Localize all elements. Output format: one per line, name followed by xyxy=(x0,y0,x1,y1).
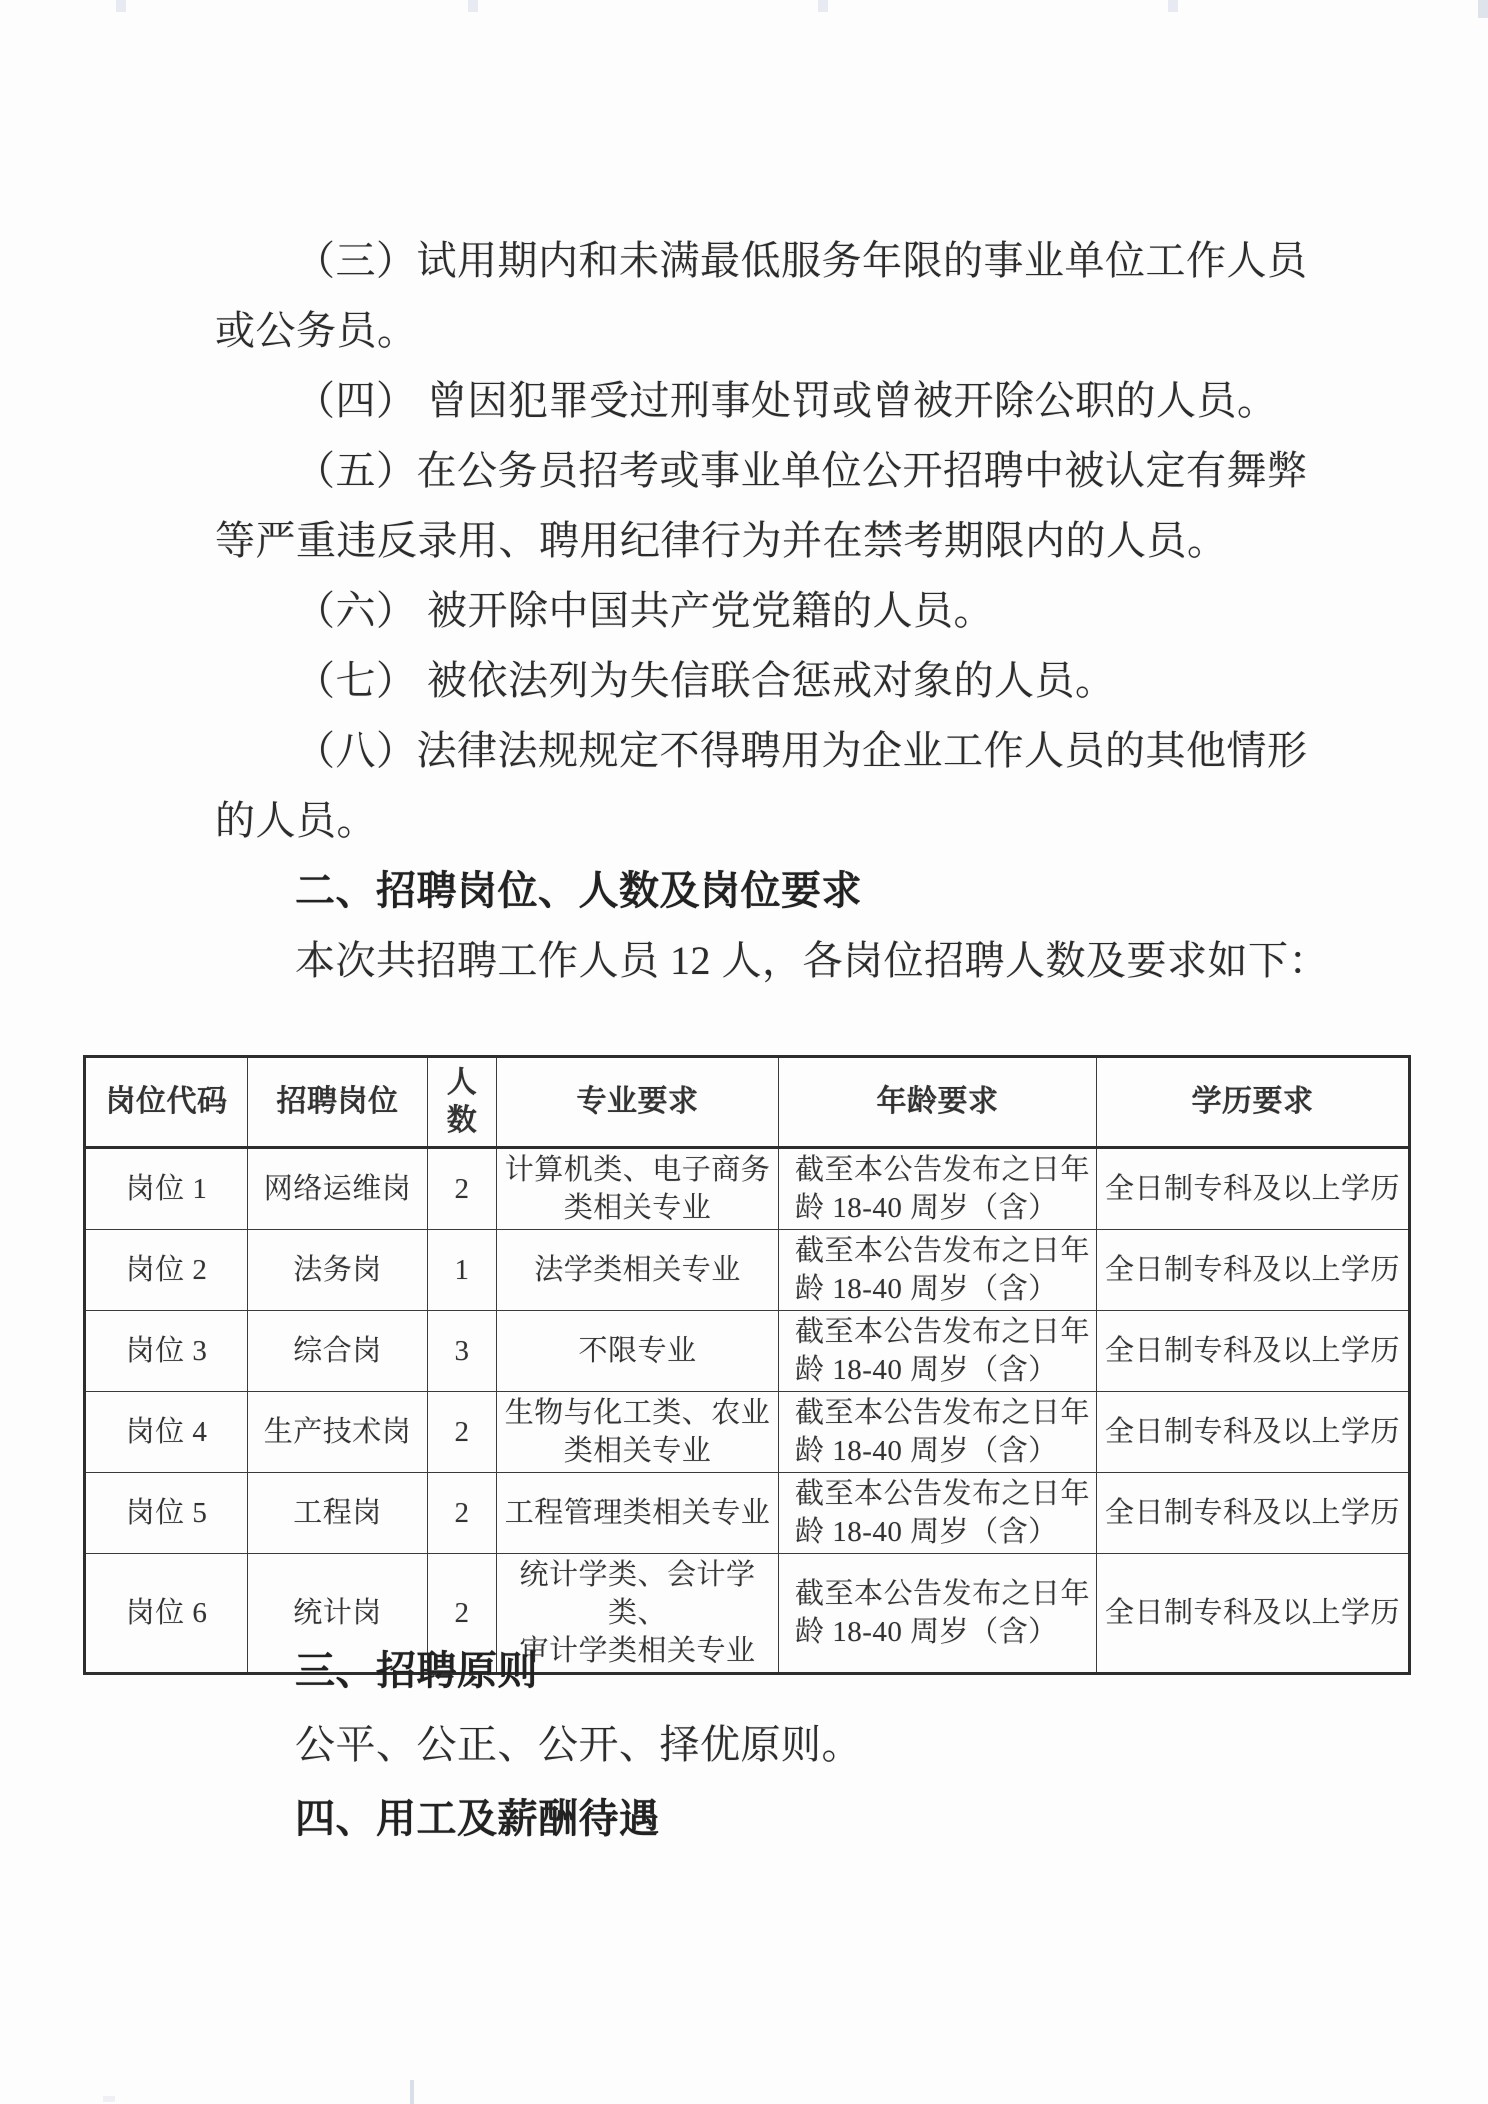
paragraph-exclusion-8: （八）法律法规规定不得聘用为企业工作人员的其他情形 的人员。 xyxy=(215,716,1335,856)
paragraph-exclusion-5: （五）在公务员招考或事业单位公开招聘中被认定有舞弊 等严重违反录用、聘用纪律行为… xyxy=(215,436,1335,576)
cell-post-name: 法务岗 xyxy=(248,1230,428,1311)
scan-artifact xyxy=(103,2096,115,2102)
cell-education: 全日制专科及以上学历 xyxy=(1097,1473,1410,1554)
cell-post-code: 岗位 3 xyxy=(85,1311,248,1392)
cell-post-name: 生产技术岗 xyxy=(248,1392,428,1473)
cell-age: 截至本公告发布之日年 龄 18-40 周岁（含） xyxy=(779,1473,1097,1554)
col-header-post-code: 岗位代码 xyxy=(85,1057,248,1148)
table-row: 岗位 1 网络运维岗 2 计算机类、电子商务 类相关专业 截至本公告发布之日年 … xyxy=(85,1148,1410,1230)
recruitment-table: 岗位代码 招聘岗位 人 数 专业要求 年龄要求 学历要求 岗位 1 网络运维岗 … xyxy=(83,1055,1411,1675)
cell-age: 截至本公告发布之日年 龄 18-40 周岁（含） xyxy=(779,1148,1097,1230)
cell-post-code: 岗位 5 xyxy=(85,1473,248,1554)
scan-artifact xyxy=(116,0,126,12)
cell-post-code: 岗位 2 xyxy=(85,1230,248,1311)
cell-education: 全日制专科及以上学历 xyxy=(1097,1230,1410,1311)
cell-education: 全日制专科及以上学历 xyxy=(1097,1311,1410,1392)
document-page: （三）试用期内和未满最低服务年限的事业单位工作人员 或公务员。 （四） 曾因犯罪… xyxy=(0,0,1488,2104)
section-heading-positions: 二、招聘岗位、人数及岗位要求 xyxy=(215,856,1335,926)
col-header-major-requirement: 专业要求 xyxy=(497,1057,779,1148)
table-row: 岗位 5 工程岗 2 工程管理类相关专业 截至本公告发布之日年 龄 18-40 … xyxy=(85,1473,1410,1554)
cell-post-name: 网络运维岗 xyxy=(248,1148,428,1230)
cell-headcount: 2 xyxy=(428,1148,497,1230)
cell-education: 全日制专科及以上学历 xyxy=(1097,1148,1410,1230)
scan-artifact xyxy=(410,2080,414,2104)
cell-major: 生物与化工类、农业 类相关专业 xyxy=(497,1392,779,1473)
table-row: 岗位 4 生产技术岗 2 生物与化工类、农业 类相关专业 截至本公告发布之日年 … xyxy=(85,1392,1410,1473)
cell-age: 截至本公告发布之日年 龄 18-40 周岁（含） xyxy=(779,1230,1097,1311)
cell-headcount: 3 xyxy=(428,1311,497,1392)
scan-artifact xyxy=(1478,0,1488,18)
paragraph-exclusion-7: （七） 被依法列为失信联合惩戒对象的人员。 xyxy=(215,646,1335,716)
table-header-row: 岗位代码 招聘岗位 人 数 专业要求 年龄要求 学历要求 xyxy=(85,1057,1410,1148)
cell-major: 工程管理类相关专业 xyxy=(497,1473,779,1554)
cell-headcount: 2 xyxy=(428,1392,497,1473)
section-heading-principles: 三、招聘原则 xyxy=(215,1634,1335,1708)
paragraph-exclusion-4: （四） 曾因犯罪受过刑事处罚或曾被开除公职的人员。 xyxy=(215,366,1335,436)
paragraph-principles: 公平、公正、公开、择优原则。 xyxy=(215,1708,1335,1782)
table-row: 岗位 3 综合岗 3 不限专业 截至本公告发布之日年 龄 18-40 周岁（含）… xyxy=(85,1311,1410,1392)
paragraph-exclusion-6: （六） 被开除中国共产党党籍的人员。 xyxy=(215,576,1335,646)
scan-artifact xyxy=(818,0,828,12)
cell-major: 计算机类、电子商务 类相关专业 xyxy=(497,1148,779,1230)
scan-artifact xyxy=(1168,0,1178,12)
col-header-education-requirement: 学历要求 xyxy=(1097,1057,1410,1148)
cell-post-name: 工程岗 xyxy=(248,1473,428,1554)
table-row: 岗位 2 法务岗 1 法学类相关专业 截至本公告发布之日年 龄 18-40 周岁… xyxy=(85,1230,1410,1311)
scan-artifact xyxy=(468,0,478,12)
section-heading-employment: 四、用工及薪酬待遇 xyxy=(215,1782,1335,1856)
cell-education: 全日制专科及以上学历 xyxy=(1097,1392,1410,1473)
footer-text-block: 三、招聘原则 公平、公正、公开、择优原则。 四、用工及薪酬待遇 xyxy=(215,1634,1335,1856)
col-header-age-requirement: 年龄要求 xyxy=(779,1057,1097,1148)
cell-major: 法学类相关专业 xyxy=(497,1230,779,1311)
paragraph-exclusion-3: （三）试用期内和未满最低服务年限的事业单位工作人员 或公务员。 xyxy=(215,226,1335,366)
cell-post-code: 岗位 4 xyxy=(85,1392,248,1473)
recruitment-table-wrap: 岗位代码 招聘岗位 人 数 专业要求 年龄要求 学历要求 岗位 1 网络运维岗 … xyxy=(83,1055,1411,1675)
cell-headcount: 1 xyxy=(428,1230,497,1311)
col-header-post-name: 招聘岗位 xyxy=(248,1057,428,1148)
cell-major: 不限专业 xyxy=(497,1311,779,1392)
paragraph-intro: 本次共招聘工作人员 12 人，各岗位招聘人数及要求如下： xyxy=(215,926,1335,996)
cell-age: 截至本公告发布之日年 龄 18-40 周岁（含） xyxy=(779,1311,1097,1392)
cell-headcount: 2 xyxy=(428,1473,497,1554)
col-header-headcount: 人 数 xyxy=(428,1057,497,1148)
cell-post-name: 综合岗 xyxy=(248,1311,428,1392)
cell-post-code: 岗位 1 xyxy=(85,1148,248,1230)
body-text-block: （三）试用期内和未满最低服务年限的事业单位工作人员 或公务员。 （四） 曾因犯罪… xyxy=(215,226,1335,996)
cell-age: 截至本公告发布之日年 龄 18-40 周岁（含） xyxy=(779,1392,1097,1473)
